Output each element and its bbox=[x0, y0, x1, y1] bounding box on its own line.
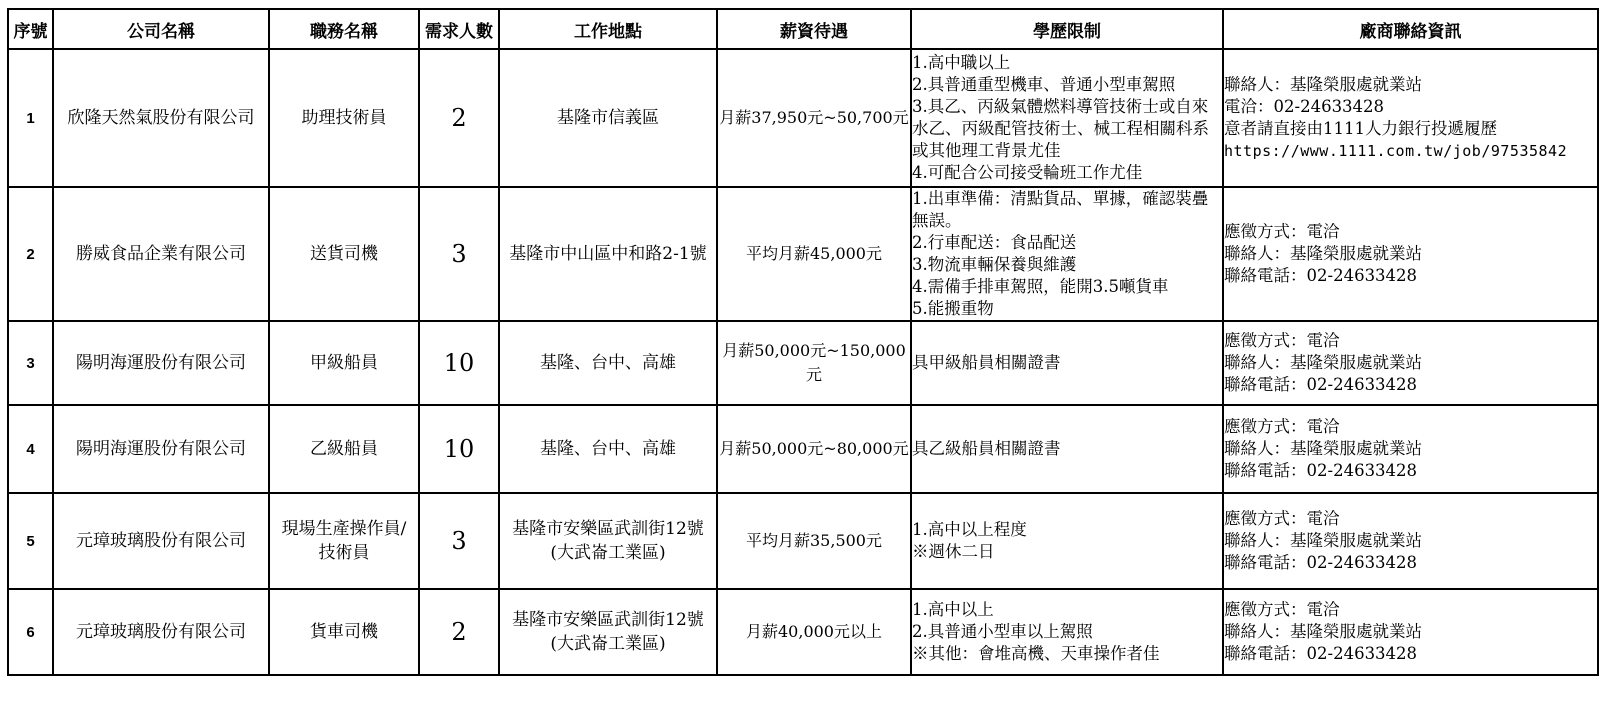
cell-company: 元璋玻璃股份有限公司 bbox=[53, 589, 269, 675]
location-line: 基隆、台中、高雄 bbox=[500, 351, 716, 375]
location-line: (大武崙工業區) bbox=[500, 632, 716, 656]
job-listing-table: 序號 公司名稱 職務名稱 需求人數 工作地點 薪資待遇 學歷限制 廠商聯絡資訊 … bbox=[7, 8, 1599, 676]
col-header-contact: 廠商聯絡資訊 bbox=[1223, 9, 1598, 49]
cell-salary: 月薪37,950元~50,700元 bbox=[717, 49, 911, 187]
contact-line: 聯絡人：基隆榮服處就業站 bbox=[1224, 438, 1597, 460]
job-listing-document: 序號 公司名稱 職務名稱 需求人數 工作地點 薪資待遇 學歷限制 廠商聯絡資訊 … bbox=[0, 0, 1612, 702]
table-row: 3 陽明海運股份有限公司 甲級船員 10 基隆、台中、高雄 月薪50,000元~… bbox=[8, 321, 1598, 405]
education-item: 1.出車準備：清點貨品、單據，確認裝疊無誤。 bbox=[912, 188, 1222, 232]
cell-location: 基隆市安樂區武訓街12號 (大武崙工業區) bbox=[499, 493, 717, 589]
education-item: ※週休二日 bbox=[912, 541, 1222, 563]
cell-serial: 6 bbox=[8, 589, 53, 675]
col-header-location: 工作地點 bbox=[499, 9, 717, 49]
cell-location: 基隆市信義區 bbox=[499, 49, 717, 187]
job-title-line: 送貨司機 bbox=[270, 242, 418, 266]
education-item: 3.物流車輛保養與維護 bbox=[912, 254, 1222, 276]
education-item: 3.具乙、丙級氣體燃料導管技術士或自來水乙、丙級配管技術士、械工程相關科系或其他… bbox=[912, 96, 1222, 162]
cell-company: 勝威食品企業有限公司 bbox=[53, 187, 269, 321]
cell-education: 1.高中以上 2.具普通小型車以上駕照 ※其他：會堆高機、天車操作者佳 bbox=[911, 589, 1223, 675]
table-row: 5 元璋玻璃股份有限公司 現場生產操作員/ 技術員 3 基隆市安樂區武訓街12號… bbox=[8, 493, 1598, 589]
cell-company: 陽明海運股份有限公司 bbox=[53, 405, 269, 493]
contact-line: 聯絡人：基隆榮服處就業站 bbox=[1224, 621, 1597, 643]
contact-line: 應徵方式：電洽 bbox=[1224, 221, 1597, 243]
cell-serial: 2 bbox=[8, 187, 53, 321]
table-row: 2 勝威食品企業有限公司 送貨司機 3 基隆市中山區中和路2-1號 平均月薪45… bbox=[8, 187, 1598, 321]
cell-openings: 3 bbox=[419, 187, 499, 321]
contact-line: 聯絡電話：02-24633428 bbox=[1224, 265, 1597, 287]
cell-company: 欣隆天然氣股份有限公司 bbox=[53, 49, 269, 187]
education-item: 1.高中以上程度 bbox=[912, 519, 1222, 541]
header-row: 序號 公司名稱 職務名稱 需求人數 工作地點 薪資待遇 學歷限制 廠商聯絡資訊 bbox=[8, 9, 1598, 49]
col-header-company: 公司名稱 bbox=[53, 9, 269, 49]
contact-line: 聯絡人：基隆榮服處就業站 bbox=[1224, 352, 1597, 374]
table-row: 4 陽明海運股份有限公司 乙級船員 10 基隆、台中、高雄 月薪50,000元~… bbox=[8, 405, 1598, 493]
job-title-line: 現場生產操作員/ bbox=[270, 517, 418, 541]
cell-location: 基隆、台中、高雄 bbox=[499, 405, 717, 493]
cell-location: 基隆、台中、高雄 bbox=[499, 321, 717, 405]
cell-openings: 10 bbox=[419, 321, 499, 405]
education-item: 具乙級船員相關證書 bbox=[912, 438, 1222, 460]
job-title-line: 乙級船員 bbox=[270, 437, 418, 461]
job-title-line: 技術員 bbox=[270, 541, 418, 565]
cell-job-title: 甲級船員 bbox=[269, 321, 419, 405]
cell-serial: 1 bbox=[8, 49, 53, 187]
location-line: 基隆市信義區 bbox=[500, 106, 716, 130]
col-header-serial: 序號 bbox=[8, 9, 53, 49]
contact-line: 應徵方式：電洽 bbox=[1224, 330, 1597, 352]
contact-line: 聯絡人：基隆榮服處就業站 bbox=[1224, 243, 1597, 265]
location-line: 基隆市中山區中和路2-1號 bbox=[500, 242, 716, 266]
cell-contact: 應徵方式：電洽 聯絡人：基隆榮服處就業站 聯絡電話：02-24633428 bbox=[1223, 589, 1598, 675]
cell-job-title: 送貨司機 bbox=[269, 187, 419, 321]
cell-location: 基隆市中山區中和路2-1號 bbox=[499, 187, 717, 321]
cell-serial: 3 bbox=[8, 321, 53, 405]
cell-salary: 月薪50,000元~80,000元 bbox=[717, 405, 911, 493]
cell-contact: 應徵方式：電洽 聯絡人：基隆榮服處就業站 聯絡電話：02-24633428 bbox=[1223, 493, 1598, 589]
cell-serial: 4 bbox=[8, 405, 53, 493]
cell-salary: 平均月薪35,500元 bbox=[717, 493, 911, 589]
contact-line: 聯絡電話：02-24633428 bbox=[1224, 374, 1597, 396]
education-item: 4.需備手排車駕照，能開3.5噸貨車 bbox=[912, 276, 1222, 298]
cell-education: 1.高中以上程度 ※週休二日 bbox=[911, 493, 1223, 589]
cell-openings: 3 bbox=[419, 493, 499, 589]
education-item: 2.行車配送：食品配送 bbox=[912, 232, 1222, 254]
contact-line: 應徵方式：電洽 bbox=[1224, 599, 1597, 621]
cell-contact: 應徵方式：電洽 聯絡人：基隆榮服處就業站 聯絡電話：02-24633428 bbox=[1223, 405, 1598, 493]
cell-job-title: 助理技術員 bbox=[269, 49, 419, 187]
contact-line: 電洽：02-24633428 bbox=[1224, 96, 1597, 118]
cell-company: 陽明海運股份有限公司 bbox=[53, 321, 269, 405]
cell-openings: 2 bbox=[419, 589, 499, 675]
location-line: 基隆市安樂區武訓街12號 bbox=[500, 608, 716, 632]
cell-serial: 5 bbox=[8, 493, 53, 589]
job-title-line: 甲級船員 bbox=[270, 351, 418, 375]
cell-education: 1.高中職以上 2.具普通重型機車、普通小型車駕照 3.具乙、丙級氣體燃料導管技… bbox=[911, 49, 1223, 187]
table-row: 6 元璋玻璃股份有限公司 貨車司機 2 基隆市安樂區武訓街12號 (大武崙工業區… bbox=[8, 589, 1598, 675]
table-row: 1 欣隆天然氣股份有限公司 助理技術員 2 基隆市信義區 月薪37,950元~5… bbox=[8, 49, 1598, 187]
cell-openings: 10 bbox=[419, 405, 499, 493]
contact-line: 應徵方式：電洽 bbox=[1224, 416, 1597, 438]
cell-openings: 2 bbox=[419, 49, 499, 187]
job-title-line: 貨車司機 bbox=[270, 620, 418, 644]
cell-job-title: 乙級船員 bbox=[269, 405, 419, 493]
cell-contact: 應徵方式：電洽 聯絡人：基隆榮服處就業站 聯絡電話：02-24633428 bbox=[1223, 187, 1598, 321]
cell-contact: 聯絡人：基隆榮服處就業站 電洽：02-24633428 意者請直接由1111人力… bbox=[1223, 49, 1598, 187]
contact-line: 意者請直接由1111人力銀行投遞履歷 bbox=[1224, 118, 1597, 140]
location-line: 基隆、台中、高雄 bbox=[500, 437, 716, 461]
education-item: 具甲級船員相關證書 bbox=[912, 352, 1222, 374]
education-item: 4.可配合公司接受輪班工作尤佳 bbox=[912, 162, 1222, 184]
col-header-salary: 薪資待遇 bbox=[717, 9, 911, 49]
location-line: 基隆市安樂區武訓街12號 bbox=[500, 517, 716, 541]
education-item: 2.具普通重型機車、普通小型車駕照 bbox=[912, 74, 1222, 96]
col-header-education: 學歷限制 bbox=[911, 9, 1223, 49]
col-header-job-title: 職務名稱 bbox=[269, 9, 419, 49]
cell-location: 基隆市安樂區武訓街12號 (大武崙工業區) bbox=[499, 589, 717, 675]
contact-line: 聯絡人：基隆榮服處就業站 bbox=[1224, 74, 1597, 96]
cell-salary: 月薪40,000元以上 bbox=[717, 589, 911, 675]
cell-job-title: 現場生產操作員/ 技術員 bbox=[269, 493, 419, 589]
education-item: 1.高中以上 bbox=[912, 599, 1222, 621]
cell-company: 元璋玻璃股份有限公司 bbox=[53, 493, 269, 589]
contact-line: 聯絡人：基隆榮服處就業站 bbox=[1224, 530, 1597, 552]
cell-education: 具乙級船員相關證書 bbox=[911, 405, 1223, 493]
cell-education: 1.出車準備：清點貨品、單據，確認裝疊無誤。 2.行車配送：食品配送 3.物流車… bbox=[911, 187, 1223, 321]
contact-line: 聯絡電話：02-24633428 bbox=[1224, 643, 1597, 665]
cell-salary: 月薪50,000元~150,000元 bbox=[717, 321, 911, 405]
education-item: 5.能搬重物 bbox=[912, 298, 1222, 320]
education-item: 1.高中職以上 bbox=[912, 52, 1222, 74]
education-item: 2.具普通小型車以上駕照 bbox=[912, 621, 1222, 643]
education-item: ※其他：會堆高機、天車操作者佳 bbox=[912, 643, 1222, 665]
location-line: (大武崙工業區) bbox=[500, 541, 716, 565]
job-url-link[interactable]: https://www.1111.com.tw/job/97535842 bbox=[1224, 140, 1597, 162]
contact-line: 應徵方式：電洽 bbox=[1224, 508, 1597, 530]
contact-line: 聯絡電話：02-24633428 bbox=[1224, 460, 1597, 482]
job-title-line: 助理技術員 bbox=[270, 106, 418, 130]
cell-education: 具甲級船員相關證書 bbox=[911, 321, 1223, 405]
col-header-openings: 需求人數 bbox=[419, 9, 499, 49]
cell-job-title: 貨車司機 bbox=[269, 589, 419, 675]
contact-line: 聯絡電話：02-24633428 bbox=[1224, 552, 1597, 574]
cell-salary: 平均月薪45,000元 bbox=[717, 187, 911, 321]
cell-contact: 應徵方式：電洽 聯絡人：基隆榮服處就業站 聯絡電話：02-24633428 bbox=[1223, 321, 1598, 405]
